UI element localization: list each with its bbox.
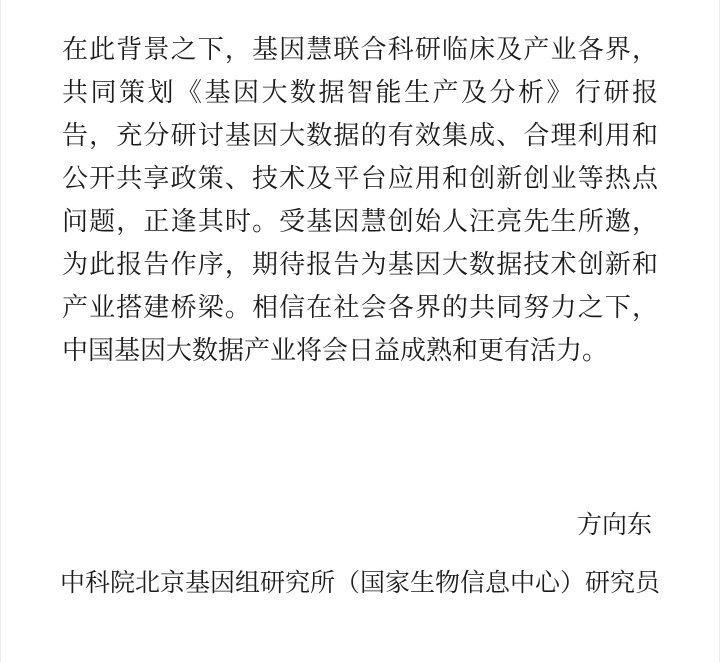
- signature-affiliation: 中科院北京基因组研究所（国家生物信息中心）研究员: [0, 562, 720, 605]
- article-page: 在此背景之下，基因慧联合科研临床及产业各界，共同策划《基因大数据智能生产及分析》…: [0, 0, 720, 662]
- signature-name: 方向东: [0, 504, 720, 547]
- article-paragraph: 在此背景之下，基因慧联合科研临床及产业各界，共同策划《基因大数据智能生产及分析》…: [0, 0, 720, 372]
